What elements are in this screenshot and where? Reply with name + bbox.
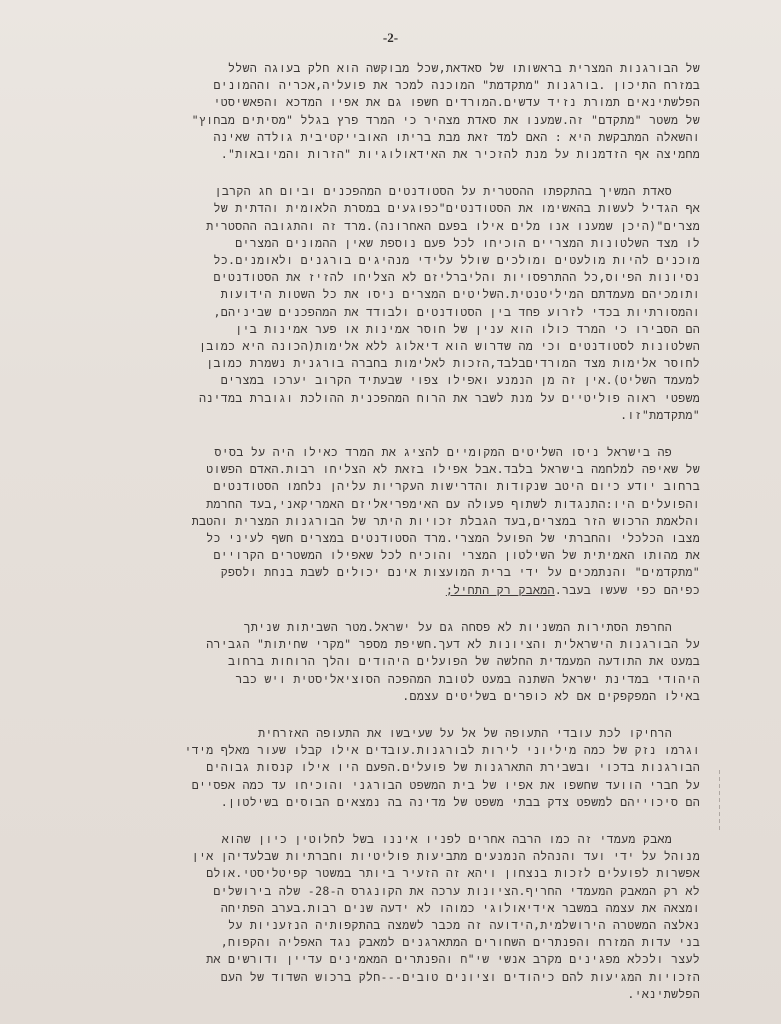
text-line: נאלצה המשטרה הירושלמית,הידועה זה מכבר לש… <box>72 917 700 934</box>
text-line: מצבו הכלכלי והחברתי של הפועל המצרי.מרד ה… <box>72 530 700 547</box>
text-line: על הבורגנות הישראלית והציונות לא דעך.חשי… <box>72 636 700 653</box>
text-line: פה בישראל ניסו השליטים המקומיים להציג את… <box>72 444 700 461</box>
text-line: של משטר "מתקדם" זה.שמענו את סאדת מצהיר כ… <box>72 112 700 129</box>
text-line: והמסורתיות בכדי לזרוע פחד בין הסטודנטים … <box>72 304 700 321</box>
text-line: סאדת המשיך בהתקפתו ההסטרית על הסטודנטים … <box>72 183 700 200</box>
paragraph-1: של הבורגנות המצרית בראשותו של סאדאת,שכל … <box>72 60 700 163</box>
text-line: מנוהל על ידי ועד והנהלה הנמנעים מתביעות … <box>72 848 700 865</box>
text-line: והלאמת הרכוש הזר במצרים,בעד הגבלת זכויות… <box>72 513 700 530</box>
paragraph-6: מאבק מעמדי זה כמו הרבה אחרים לפניו איננו… <box>72 831 700 1003</box>
text-line: של שאיפה למלחמה בישראל בלבד.אבל אפילו בז… <box>72 461 700 478</box>
text-line: היהודי במדינת ישראל השתנה במעט לטובת המה… <box>72 671 700 688</box>
document-body: של הבורגנות המצרית בראשותו של סאדאת,שכל … <box>72 60 700 1023</box>
paragraph-5: הרחיקו לכת עובדי התעופה של אל על שעיבשו … <box>72 725 700 811</box>
text-line: הם סיכוייהם למשפט צדק בבתי משפט של מדינה… <box>72 794 700 811</box>
text-line: מוכנים להיות מולעטים ומולכים שולל עלידי … <box>72 252 700 269</box>
paragraph-2: סאדת המשיך בהתקפתו ההסטרית על הסטודנטים … <box>72 183 700 424</box>
text-line: הפלשתינאי. <box>72 986 700 1003</box>
text-line: למעמד השליט).אין זה מן הנמנע ואפילו צפוי… <box>72 372 700 389</box>
text-line-with-underline: כפיהם כפי שעשו בעבר.המאבק רק התחיל; <box>72 582 700 599</box>
text-line: לעצר ולכלא מפגינים מקרב אנשי שי"ח והפנתר… <box>72 951 700 968</box>
text-line: בני עדות המזרח והפנתרים השחורים המתארגני… <box>72 934 700 951</box>
text-line: הפלשתינאים תמורת נזיד עדשים.המורדים חשפו… <box>72 94 700 111</box>
paragraph-3: פה בישראל ניסו השליטים המקומיים להציג את… <box>72 444 700 599</box>
text-line: אפשרות לפועלים לזכות בנצחון ויהא זה הזעי… <box>72 865 700 882</box>
text-line: של הבורגנות המצרית בראשותו של סאדאת,שכל … <box>72 60 700 77</box>
text-line: לחוסר אלימות מצד המורדיםבלבד,הזכות לאלימ… <box>72 355 700 372</box>
text-line: וגרמו נזק של כמה מיליוני לירות לבורגנות.… <box>72 742 700 759</box>
text-line: הרחיקו לכת עובדי התעופה של אל על שעיבשו … <box>72 725 700 742</box>
text-line: מחמיצה אף הזדמנות על מנת להזכיר את האידא… <box>72 146 700 163</box>
text-line: לו מצד השלטונות המצריים הוכיחו לכל פעם נ… <box>72 235 700 252</box>
text-line: במזרח התיכון .בורגנות "מתקדמת" המוכנה למ… <box>72 77 700 94</box>
text-line: את מהותו האמיתית של השילטון המצרי והוכיח… <box>72 547 700 564</box>
text-line: על חברי הוועד שחשפו את אפיו של בית המשפט… <box>72 777 700 794</box>
text-line: מצרים"(היכן שמענו אנו מלים אילו בפעם האח… <box>72 218 700 235</box>
text-line: משפטי ראוה פוליטיים על מנת לשבר את הרוח … <box>72 390 700 407</box>
text-line: במעט את התודעה המעמדית החלשה של הפועלים … <box>72 653 700 670</box>
text-line: הם הסבירו כי המרד כולו הוא ענין של חוסר … <box>72 321 700 338</box>
text-line: ברחוב יודע כיום היטב שנקודות והדרישות הע… <box>72 478 700 495</box>
text-line: מאבק מעמדי זה כמו הרבה אחרים לפניו איננו… <box>72 831 700 848</box>
text-line: אף הגדיל לעשות בהאשימו את הסטודנטים"כפוג… <box>72 200 700 217</box>
text-line: לא רק המאבק המעמדי החריף.הציונות ערכה את… <box>72 883 700 900</box>
paragraph-4: החרפת הסתירות המשניות לא פסחה גם על ישרא… <box>72 619 700 705</box>
text-line: הזכויות המגיעות להם כיהודים וציונים טובי… <box>72 969 700 986</box>
margin-pencil-mark <box>719 770 720 830</box>
text-line: ומצאה את עצמה במשבר אידיאולוגי כמוהו לא … <box>72 900 700 917</box>
text-line: הבורגנות בדכוי ובשבירת התארגנות של פועלי… <box>72 759 700 776</box>
text-line: החרפת הסתירות המשניות לא פסחה גם על ישרא… <box>72 619 700 636</box>
text-line: נסיונות הפיוס,כל ההתרפסויות והליברליזם ל… <box>72 269 700 286</box>
page-number: -2- <box>0 30 781 46</box>
text-line: ותומכיהם מעמדתם המיליטנטית.השליטים המצרי… <box>72 286 700 303</box>
text-line: השלטונות לסטודנטים וכי מה שדרוש הוא דיאל… <box>72 338 700 355</box>
text-line: באילו המפקפקים אם לא כופרים בשליטים עצמם… <box>72 688 700 705</box>
text-line: "מתקדמים" והנתמכים על ידי ברית המועצות א… <box>72 564 700 581</box>
text-line: והפועלים היו:התנגדות לשתוף פעולה עם האימ… <box>72 496 700 513</box>
underlined-phrase: המאבק רק התחיל; <box>446 583 555 597</box>
text-line: והשאלה המתבקשת היא : האם למד זאת מבת ברי… <box>72 129 700 146</box>
text-segment: כפיהם כפי שעשו בעבר. <box>555 583 700 597</box>
text-line: "מתקדמת"זו. <box>72 407 700 424</box>
